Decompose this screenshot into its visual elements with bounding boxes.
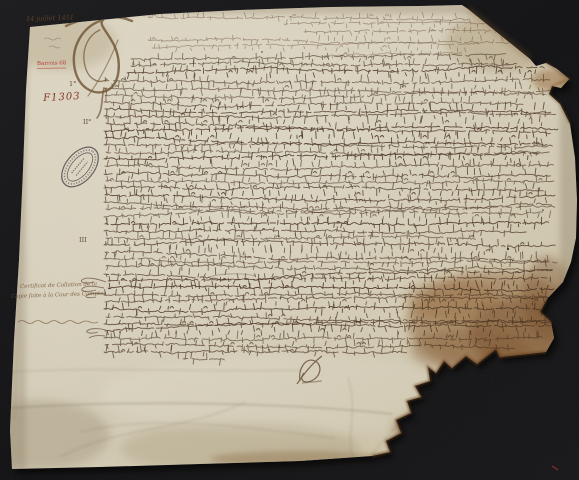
- margin-numeral-1: 1°: [69, 81, 76, 88]
- margin-numeral-2: II°: [83, 119, 91, 126]
- manuscript-scan: 14 juillet 1451 Barrois 68 F1303 1° II° …: [0, 0, 579, 480]
- series-note-red: Barrois 68: [37, 61, 66, 68]
- archivist-date-note: 14 juillet 1451: [26, 14, 74, 22]
- archival-cote: F1303: [43, 92, 81, 104]
- margin-numeral-3: III: [79, 237, 87, 244]
